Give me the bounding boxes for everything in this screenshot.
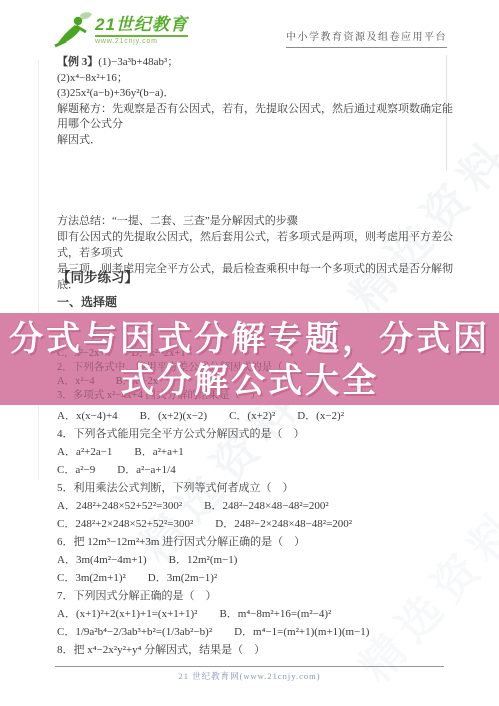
example-expression: (1)−3a³b+48ab³； — [98, 56, 178, 68]
section-heading-choice: 一、选择题 — [57, 293, 117, 310]
question-row: C．1/9a²b⁴−2/3ab³+b²=(1/3ab²−b)² D．m⁴−1=(… — [57, 623, 461, 641]
question-row: C．a²−9 D．a²−a+1/4 — [57, 461, 461, 479]
logo-runner-icon — [52, 12, 94, 50]
question-row: A．a²+2a−1 B．a²+a+1 — [57, 443, 461, 461]
question-row: 5．利用乘法公式判断，下列等式何者成立（ ） — [57, 479, 461, 497]
banner-title: 分式与因式分解专题，分式因 式分解公式大全 — [0, 318, 499, 402]
logo-text-block: 21世纪教育 www.21cnjy.com — [95, 16, 188, 45]
footer-text: 21 世纪教育网(www.21cnjy.com) — [0, 670, 499, 682]
question-row: 4．下列各式能用完全平方公式分解因式的是（ ） — [57, 425, 461, 443]
question-row: A．x(x−4)+4 B．(x+2)(x−2) C．(x+2)² D．(x−2)… — [57, 407, 461, 425]
site-logo: 21世纪教育 www.21cnjy.com — [52, 12, 188, 50]
example-block: 【例 3】(1)−3a³b+48ab³； (2)x⁴−8x²+16； (3)25… — [57, 55, 453, 148]
footer-rule — [55, 666, 444, 667]
scan-artifact-line-left — [38, 60, 39, 480]
question-row: 8．把 x⁴−2x²y²+y⁴ 分解因式，结果是（ ） — [57, 641, 461, 659]
logo-url: www.21cnjy.com — [95, 38, 188, 45]
document-page: 21世纪教育 www.21cnjy.com 中小学教育资源及组卷应用平台 精选资… — [0, 0, 499, 706]
question-row: C．3m(2m+1)² D．3m(2m−1)² — [57, 569, 461, 587]
summary-line: 方法总结：“一提、二套、三查”是分解因式的步骤 — [57, 213, 457, 229]
banner-title-line1: 分式与因式分解专题，分式因 — [0, 318, 499, 360]
example-line: (3)25x²(a−b)+36y²(b−a)． — [57, 86, 453, 102]
example-line: 【例 3】(1)−3a³b+48ab³； — [57, 55, 453, 71]
example-line: 解因式． — [57, 133, 453, 149]
question-row: A．3m(4m²−4m+1) B．12m²(m−1) — [57, 551, 461, 569]
example-line: (2)x⁴−8x²+16； — [57, 71, 453, 87]
practice-heading: 【同步练习】 — [57, 266, 138, 286]
question-row: 7．下列因式分解正确的是（ ） — [57, 587, 461, 605]
questions-block: A．x(x−4)+4 B．(x+2)(x−2) C．(x+2)² D．(x−2)… — [57, 407, 461, 659]
banner-title-line2: 式分解公式大全 — [0, 360, 499, 402]
example-line: 解题秘方：先观察是否有公因式，若有，先提取公因式，然后通过观察项数确定能用哪个公… — [57, 102, 453, 133]
example-label: 【例 3】 — [57, 56, 98, 68]
summary-line: 即有公因式的先提取公因式，然后套用公式，若多项式是两项，则考虑用平方差公式，若多… — [57, 229, 457, 261]
promo-banner: C．x²−2x+4 D．x²−2x+1 2．下列各式中，能用平方差公式分解因式的… — [0, 313, 499, 405]
question-row: C．248²+2×248×52+52²=300² D．248²−2×248×48… — [57, 515, 461, 533]
question-row: 6．把 12m³−12m²+3m 进行因式分解正确的是（ ） — [57, 533, 461, 551]
question-row: A．248²+248×52+52²=300² B．248²−248×48−48²… — [57, 497, 461, 515]
question-row: A．(x+1)²+2(x+1)+1=(x+1+1)² B．m⁴−8m²+16=(… — [57, 605, 461, 623]
logo-title: 21世纪教育 — [95, 16, 188, 37]
platform-title: 中小学教育资源及组卷应用平台 — [286, 28, 447, 48]
